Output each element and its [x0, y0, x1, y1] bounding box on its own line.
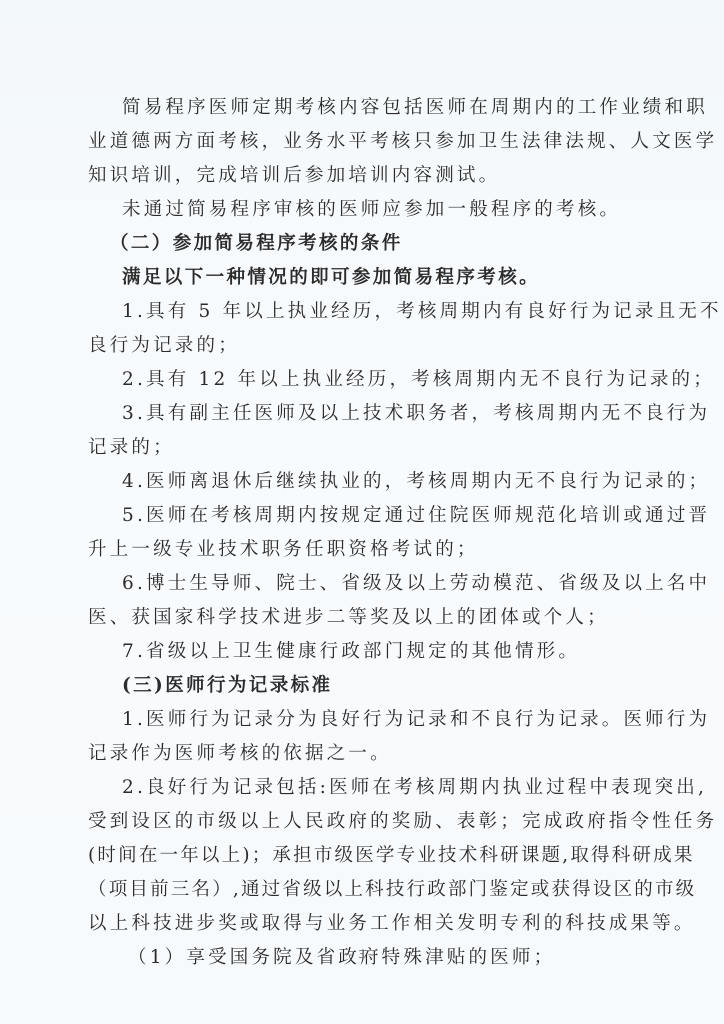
paragraph-line: 简易程序医师定期考核内容包括医师在周期内的工作业绩和职	[122, 96, 708, 120]
list-item: 2.具有 12 年以上执业经历，考核周期内无不良行为记录的；	[122, 368, 715, 392]
list-item-continuation: （项目前三名）,通过省级以上科技行政部门鉴定或获得设区的市级	[88, 878, 696, 902]
paragraph-line: 业道德两方面考核，业务水平考核只参加卫生法律法规、人文医学	[88, 130, 717, 154]
list-item: 1.医师行为记录分为良好行为记录和不良行为记录。医师行为	[122, 708, 710, 732]
page-number: - 3 -	[0, 948, 724, 961]
section-heading: (三)医师行为记录标准	[122, 674, 332, 698]
paragraph-line: 未通过简易程序审核的医师应参加一般程序的考核。	[122, 198, 621, 222]
list-item: 1.具有 5 年以上执业经历，考核周期内有良好行为记录且无不	[122, 300, 722, 324]
list-item-continuation: 以上科技进步奖或取得与业务工作相关发明专利的科技成果等。	[88, 912, 696, 936]
list-item: 2.良好行为记录包括:医师在考核周期内执业过程中表现突出,	[122, 776, 707, 800]
list-item-continuation: 记录的；	[88, 436, 175, 460]
document-page: 简易程序医师定期考核内容包括医师在周期内的工作业绩和职 业道德两方面考核，业务水…	[0, 0, 724, 1024]
list-item-continuation: (时间在一年以上)；承担市级医学专业技术科研课题,取得科研成果	[88, 844, 695, 868]
paragraph-line: 知识培训，完成培训后参加培训内容测试。	[88, 164, 500, 188]
section-heading: （二）参加简易程序考核的条件	[110, 232, 403, 256]
list-item: 7.省级以上卫生健康行政部门规定的其他情形。	[122, 640, 580, 664]
list-item-continuation: 医、获国家科学技术进步二等奖及以上的团体或个人；	[88, 606, 609, 630]
list-item-continuation: 升上一级专业技术职务任职资格考试的；	[88, 538, 479, 562]
list-item-continuation: 良行为记录的；	[88, 334, 240, 358]
list-item-continuation: 受到设区的市级以上人民政府的奖励、表彰；完成政府指令性任务	[88, 810, 717, 834]
list-item: 4.医师离退休后继续执业的，考核周期内无不良行为记录的；	[122, 470, 710, 494]
subheading: 满足以下一种情况的即可参加简易程序考核。	[122, 266, 540, 290]
list-item: 6.博士生导师、院士、省级及以上劳动模范、省级及以上名中	[122, 572, 710, 596]
list-item: 5.医师在考核周期内按规定通过住院医师规范化培训或通过晋	[122, 504, 710, 528]
list-item-continuation: 记录作为医师考核的依据之一。	[88, 742, 392, 766]
list-item: 3.具有副主任医师及以上技术职务者，考核周期内无不良行为	[122, 402, 710, 426]
